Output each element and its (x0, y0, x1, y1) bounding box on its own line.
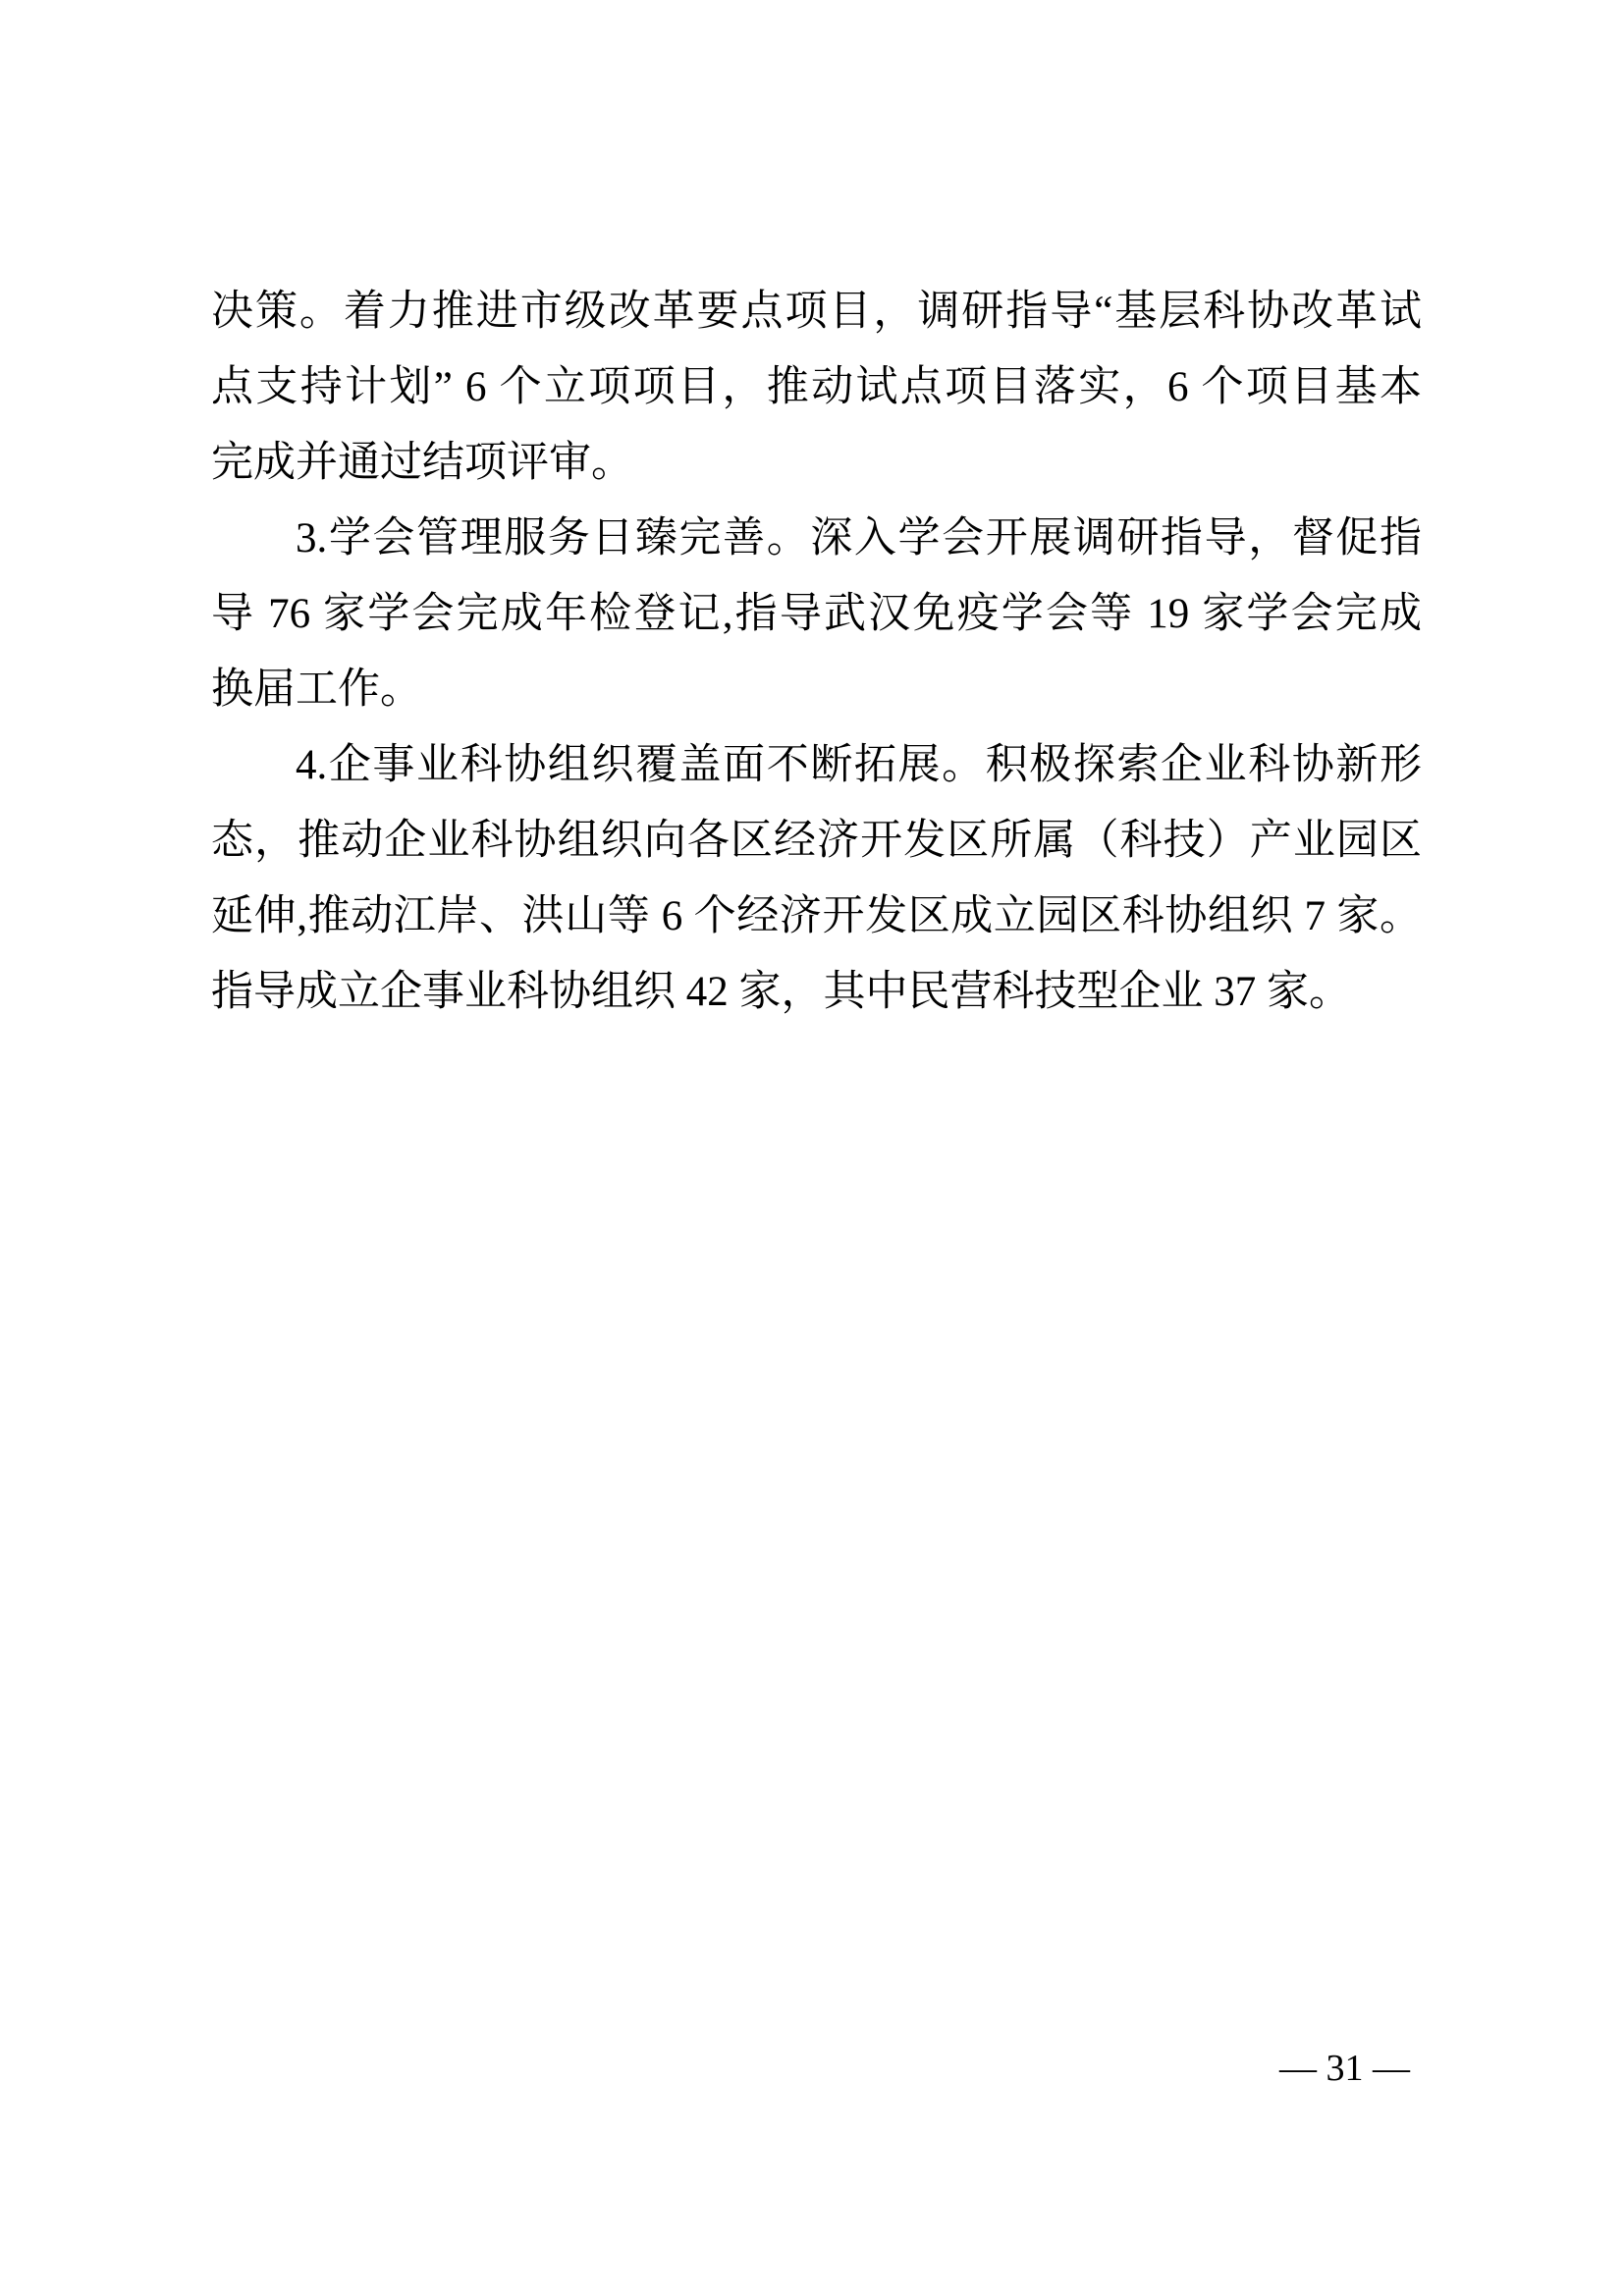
text-line: 决策。着力推进市级改革要点项目，调研指导“基层科协改革试 (211, 274, 1422, 349)
text-line: 延伸,推动江岸、洪山等 6 个经济开发区成立园区科协组织 7 家。 (211, 879, 1422, 954)
text-line: 3.学会管理服务日臻完善。深入学会开展调研指导，督促指 (211, 501, 1422, 576)
page-number: — 31 — (1279, 2048, 1410, 2089)
text-line: 换届工作。 (211, 652, 1422, 727)
text-line: 导 76 家学会完成年检登记,指导武汉免疫学会等 19 家学会完成 (211, 576, 1422, 652)
text-line: 态，推动企业科协组织向各区经济开发区所属（科技）产业园区 (211, 803, 1422, 879)
text-line: 点支持计划” 6 个立项项目，推动试点项目落实，6 个项目基本 (211, 349, 1422, 425)
document-page: 决策。着力推进市级改革要点项目，调研指导“基层科协改革试 点支持计划” 6 个立… (0, 0, 1624, 2296)
body-text: 决策。着力推进市级改革要点项目，调研指导“基层科协改革试 点支持计划” 6 个立… (211, 274, 1422, 1030)
text-line: 完成并通过结项评审。 (211, 425, 1422, 501)
text-line: 4.企事业科协组织覆盖面不断拓展。积极探索企业科协新形 (211, 727, 1422, 803)
text-line: 指导成立企事业科协组织 42 家，其中民营科技型企业 37 家。 (211, 954, 1422, 1030)
